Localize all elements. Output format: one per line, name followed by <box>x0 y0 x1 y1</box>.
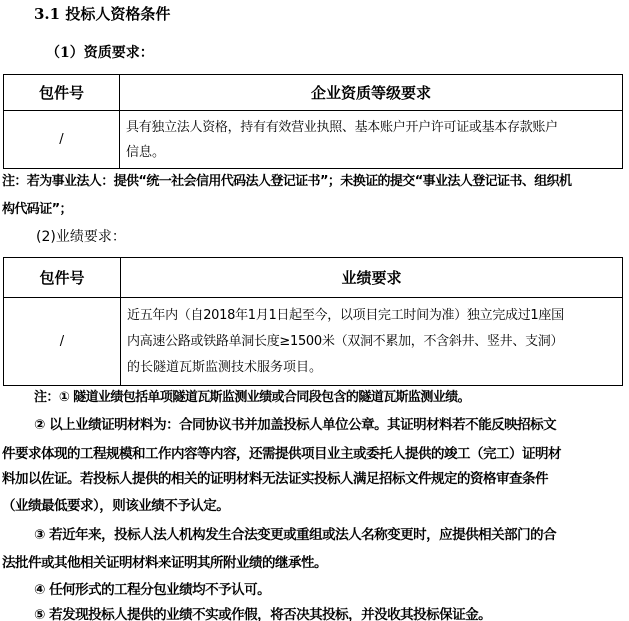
requirement-line: 的长隧道瓦斯监测技术服务项目。 <box>127 355 618 381</box>
qualification-note-line1: 注：若为事业法人：提供“统一社会信用代码法人登记证书”；未换证的提交“事业法人登… <box>2 170 571 189</box>
table-row: / 具有独立法人资格，持有有效营业执照、基本账户开户许可证或基本存款账户 信息。 <box>4 111 623 169</box>
cell-package: / <box>4 111 120 169</box>
cell-package: / <box>4 298 121 386</box>
performance-note-3-line2: 法批件或其他相关证明材料来证明其所附业绩的继承性。 <box>2 551 327 571</box>
performance-table: 包件号 业绩要求 / 近五年内（自2018年1月1日起至今，以项目完工时间为准）… <box>3 257 623 386</box>
cell-requirement: 具有独立法人资格，持有有效营业执照、基本账户开户许可证或基本存款账户 信息。 <box>120 111 623 169</box>
header-package: 包件号 <box>4 258 121 298</box>
performance-note-1: 注：① 隧道业绩包括单项隧道瓦斯监测业绩或合同段包含的隧道瓦斯监测业绩。 <box>34 386 470 405</box>
performance-note-3-line1: ③ 若近年来，投标人法人机构发生合法变更或重组或法人名称变更时，应提供相关部门的… <box>34 523 556 543</box>
qualification-table: 包件号 企业资质等级要求 / 具有独立法人资格，持有有效营业执照、基本账户开户许… <box>3 74 623 169</box>
header-package: 包件号 <box>4 75 120 111</box>
requirement-line: 内高速公路或铁路单洞长度≥1500米（双洞不累加，不含斜井、竖井、支洞） <box>127 329 618 355</box>
performance-note-2-line2: 件要求体现的工程规模和工作内容等内容，还需提供项目业主或委托人提供的竣工（完工）… <box>2 442 561 462</box>
requirement-line: 近五年内（自2018年1月1日起至今，以项目完工时间为准）独立完成过1座国 <box>127 303 618 329</box>
header-requirement: 业绩要求 <box>121 258 623 298</box>
header-requirement: 企业资质等级要求 <box>120 75 623 111</box>
qualification-heading: （1）资质要求： <box>46 42 154 62</box>
table-header-row: 包件号 业绩要求 <box>4 258 623 298</box>
requirement-line: 具有独立法人资格，持有有效营业执照、基本账户开户许可证或基本存款账户 <box>126 115 618 140</box>
qualification-note-line2: 构代码证”； <box>2 198 72 217</box>
performance-heading: (2)业绩要求： <box>36 226 126 246</box>
table-row: / 近五年内（自2018年1月1日起至今，以项目完工时间为准）独立完成过1座国 … <box>4 298 623 386</box>
performance-note-5: ⑤ 若发现投标人提供的业绩不实或作假，将否决其投标，并没收其投标保证金。 <box>34 603 491 621</box>
performance-note-2-line3: 料加以佐证。若投标人提供的相关的证明材料无法证实投标人满足招标文件规定的资格审查… <box>2 467 548 487</box>
cell-requirement: 近五年内（自2018年1月1日起至今，以项目完工时间为准）独立完成过1座国 内高… <box>121 298 623 386</box>
requirement-line: 信息。 <box>126 140 618 165</box>
performance-note-4: ④ 任何形式的工程分包业绩均不予认可。 <box>34 578 270 598</box>
performance-note-2-line4: （业绩最低要求），则该业绩不予认定。 <box>2 494 229 514</box>
table-header-row: 包件号 企业资质等级要求 <box>4 75 623 111</box>
section-title: 3.1 投标人资格条件 <box>34 3 170 24</box>
performance-note-2-line1: ② 以上业绩证明材料为：合同协议书并加盖投标人单位公章。其证明材料若不能反映招标… <box>34 413 556 433</box>
